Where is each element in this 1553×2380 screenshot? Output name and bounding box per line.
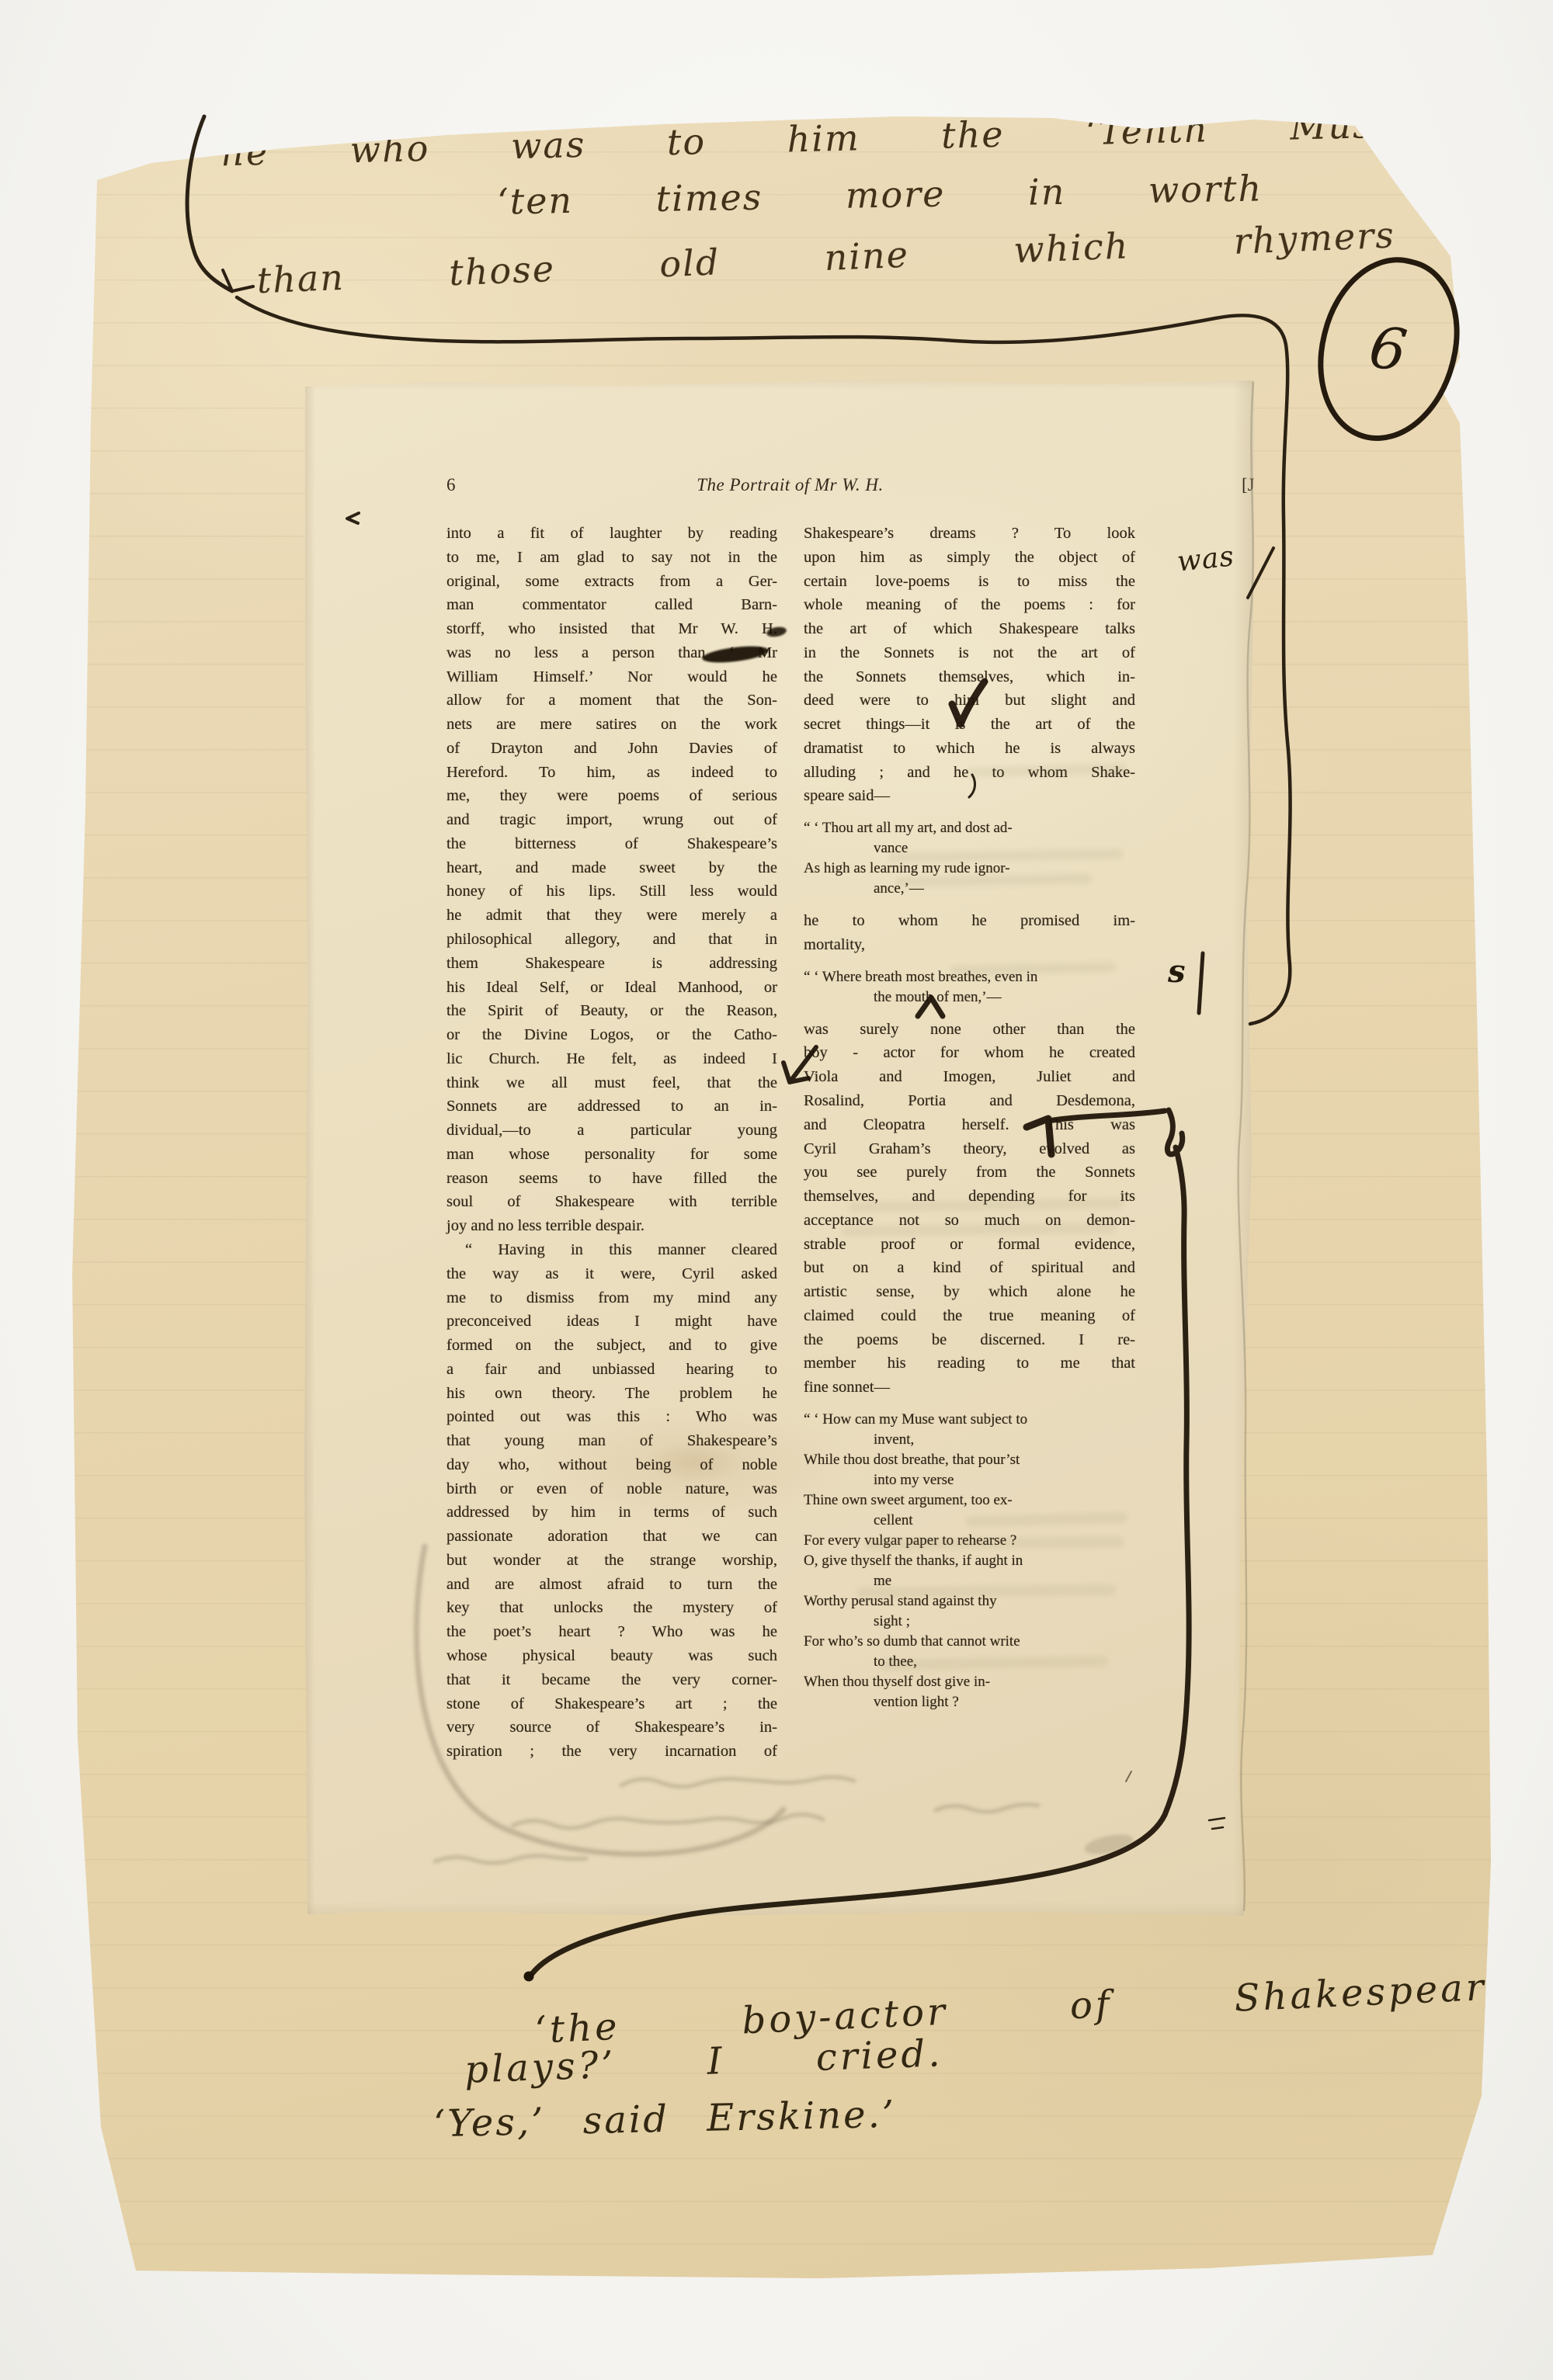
print-line: themselves, and depending for its [804, 1185, 1135, 1209]
print-line: honey of his lips. Still less would [446, 879, 777, 904]
print-line: birth or even of noble nature, was [446, 1477, 777, 1501]
print-line: he to whom he promised im- [804, 909, 1135, 933]
print-line: allow for a moment that the Son- [446, 689, 777, 713]
print-line: reason seems to have filled the [446, 1167, 777, 1191]
print-line: to me, I am glad to say not in the [446, 546, 777, 570]
print-line: to thee, [804, 1652, 1135, 1672]
print-line: the poems be discerned. I re- [804, 1328, 1135, 1352]
print-line: For who’s so dumb that cannot write [804, 1632, 1135, 1652]
print-line: that young man of Shakespeare’s [446, 1429, 777, 1453]
print-line: very source of Shakespeare’s in- [446, 1716, 777, 1740]
print-line: the poet’s heart ? Who was he [446, 1620, 777, 1644]
printed-page: 6 The Portrait of Mr W. H. [July into a … [303, 379, 1256, 1917]
print-line: “ ‘ How can my Muse want subject to [804, 1410, 1135, 1430]
print-line: and Cleopatra herself. This was [804, 1113, 1135, 1137]
print-line: think we all must feel, that the [446, 1071, 777, 1095]
print-line: invent, [804, 1430, 1135, 1450]
print-line: sight ; [804, 1612, 1135, 1632]
print-line: the mouth of men,’— [804, 987, 1135, 1008]
print-line: claimed could the true meaning of [804, 1304, 1135, 1328]
print-line: joy and no less terrible despair. [446, 1214, 777, 1238]
print-line: While thou dost breathe, that pour’st [804, 1450, 1135, 1470]
print-line: lic Church. He felt, as indeed I [446, 1047, 777, 1071]
print-line: formed on the subject, and to give [446, 1334, 777, 1358]
print-line: the bitterness of Shakespeare’s [446, 832, 777, 856]
print-line: man whose personality for some [446, 1143, 777, 1167]
print-line: upon him as simply the object of [804, 546, 1135, 570]
print-line: Viola and Imogen, Juliet and [804, 1065, 1135, 1089]
print-line: into a fit of laughter by reading [446, 522, 777, 546]
print-line: was surely none other than the [804, 1018, 1135, 1042]
handwriting-top-line-2: ‘ten times more in worth [497, 167, 1263, 222]
print-line: in the Sonnets is not the art of [804, 641, 1135, 665]
print-line: me to dismiss from my mind any [446, 1286, 777, 1310]
print-line: Shakespeare’s dreams ? To look [804, 522, 1135, 546]
print-line: me, they were poems of serious [446, 784, 777, 808]
handwriting-bottom-line-3: ‘Yes,’ said Erskine.’ [433, 2093, 896, 2146]
margin-note-s: s [1168, 953, 1186, 990]
print-line: them Shakespeare is addressing [446, 952, 777, 976]
page-title: The Portrait of Mr W. H. [446, 475, 1134, 495]
page-header: 6 The Portrait of Mr W. H. [July [446, 475, 1134, 506]
print-line: fine sonnet— [804, 1376, 1135, 1400]
print-line: speare said— [804, 784, 1135, 808]
print-line: Sonnets are addressed to an in- [446, 1095, 777, 1119]
print-line: key that unlocks the mystery of [446, 1596, 777, 1620]
print-line: vance [804, 838, 1135, 859]
circled-page-number-value: 6 [1366, 314, 1412, 385]
print-line: deed were to him but slight and [804, 689, 1135, 713]
print-line: the Sonnets themselves, which in- [804, 665, 1135, 689]
print-line: dividual,—to a particular young [446, 1119, 777, 1143]
print-line: but wonder at the strange worship, [446, 1549, 777, 1573]
margin-note-was: was [1176, 540, 1236, 578]
print-line: of Drayton and John Davies of [446, 737, 777, 761]
print-line: dramatist to which he is always [804, 737, 1135, 761]
print-line: “ Having in this manner cleared [446, 1238, 777, 1262]
print-line: original, some extracts from a Ger- [446, 570, 777, 594]
column-right: Shakespeare’s dreams ? To lookupon him a… [804, 522, 1135, 1712]
print-line: strable proof or formal evidence, [804, 1233, 1135, 1257]
print-line: Rosalind, Portia and Desdemona, [804, 1089, 1135, 1113]
print-line: addressed by him in terms of such [446, 1501, 777, 1525]
print-line: boy - actor for whom he created [804, 1041, 1135, 1065]
print-line: As high as learning my rude ignor- [804, 859, 1135, 879]
print-line: spiration ; the very incarnation of [446, 1740, 777, 1764]
print-line: artistic sense, by which alone he [804, 1280, 1135, 1304]
print-line: alluding ; and he to whom Shake- [804, 761, 1135, 785]
print-line: “ ‘ Where breath most breathes, even in [804, 967, 1135, 987]
print-line: or the Divine Logos, or the Catho- [446, 1023, 777, 1047]
print-line: the Spirit of Beauty, or the Reason, [446, 999, 777, 1023]
print-line: Hereford. To him, as indeed to [446, 761, 777, 785]
print-line: you see purely from the Sonnets [804, 1161, 1135, 1185]
print-line: preconceived ideas I might have [446, 1310, 777, 1334]
print-line: the way as it were, Cyril asked [446, 1262, 777, 1286]
print-line: the art of which Shakespeare talks [804, 617, 1135, 641]
print-line: and tragic import, wrung out of [446, 808, 777, 832]
manuscript-scan: { "annotations": { "top_lines": [ "he wh… [0, 0, 1553, 2380]
print-line: his own theory. The problem he [446, 1382, 777, 1406]
print-line: For every vulgar paper to rehearse ? [804, 1531, 1135, 1551]
print-line: mortality, [804, 933, 1135, 957]
column-left: into a fit of laughter by readingto me, … [446, 522, 777, 1764]
print-line: vention light ? [804, 1692, 1135, 1712]
print-line: certain love-poems is to miss the [804, 570, 1135, 594]
print-line: Cyril Graham’s theory, evolved as [804, 1137, 1135, 1161]
print-line: that it became the very corner- [446, 1668, 777, 1692]
print-line: but on a kind of spiritual and [804, 1256, 1135, 1280]
print-line: acceptance not so much on demon- [804, 1209, 1135, 1233]
handwriting-bottom-line-1: ‘the boy-actor of Shakespeare’s [533, 1962, 1550, 2052]
print-line: When thou thyself dost give in- [804, 1672, 1135, 1692]
print-line: stone of Shakespeare’s art ; the [446, 1692, 777, 1716]
print-line: Thine own sweet argument, too ex- [804, 1490, 1135, 1511]
print-line: William Himself.’ Nor would he [446, 665, 777, 689]
handwriting-top-line-1: he who was to him the ‘Tenth Muse’ a [221, 101, 1513, 175]
print-line: and are almost afraid to turn the [446, 1573, 777, 1597]
print-line: ance,’— [804, 879, 1135, 899]
print-line: day who, without being of noble [446, 1453, 777, 1477]
print-line: into my verse [804, 1470, 1135, 1490]
print-line: he admit that they were merely a [446, 904, 777, 928]
print-line: pointed out was this : Who was [446, 1405, 777, 1429]
print-line: secret things—it is the art of the [804, 713, 1135, 737]
print-line: whole meaning of the poems : for [804, 593, 1135, 617]
print-line: whose physical beauty was such [446, 1644, 777, 1668]
print-line: “ ‘ Thou art all my art, and dost ad- [804, 818, 1135, 838]
print-line: philosophical allegory, and that in [446, 928, 777, 952]
print-line: a fair and unbiassed hearing to [446, 1358, 777, 1382]
print-line: was no less a person than ‘ Mr [446, 641, 777, 665]
print-line: soul of Shakespeare with terrible [446, 1190, 777, 1214]
print-line: nets are mere satires on the work [446, 713, 777, 737]
print-line: heart, and made sweet by the [446, 856, 777, 880]
print-line: cellent [804, 1511, 1135, 1531]
print-line: storff, who insisted that Mr W. H. [446, 617, 777, 641]
print-line: man commentator called Barn- [446, 593, 777, 617]
print-line: member his reading to me that [804, 1351, 1135, 1376]
print-line: Worthy perusal stand against thy [804, 1591, 1135, 1612]
print-line: passionate adoration that we can [446, 1525, 777, 1549]
print-line: O, give thyself the thanks, if aught in [804, 1551, 1135, 1571]
print-line: his Ideal Self, or Ideal Manhood, or [446, 976, 777, 1000]
print-line: me [804, 1571, 1135, 1591]
